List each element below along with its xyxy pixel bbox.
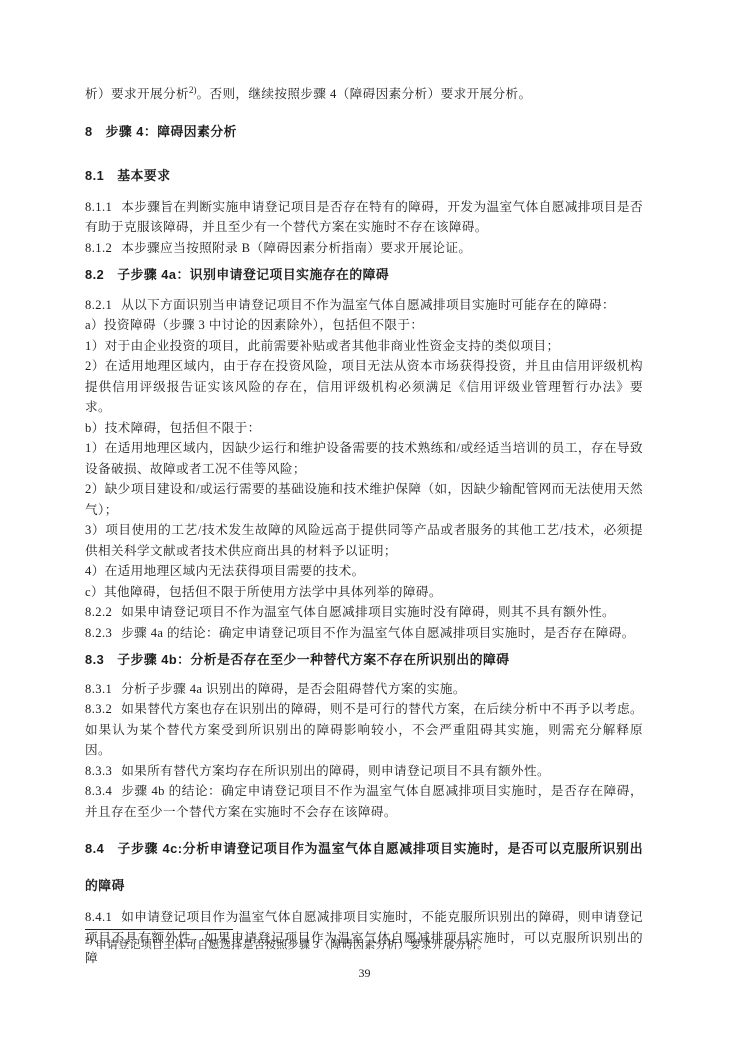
section-8-2-title: 子步骤 4a：识别申请登记项目实施存在的障碍 (117, 267, 389, 282)
footnote-area: 2) 申请登记项目主体可自愿选择是否按照步骤 3（障碍因素分析）要求开展分析。 (85, 929, 643, 953)
paragraph-continuation-from-previous-page: 析）要求开展分析2)。否则，继续按照步骤 4（障碍因素分析）要求开展分析。 (85, 84, 643, 105)
clause-8-2-1-number: 8.2.1 (85, 298, 112, 312)
clause-8-3-1-text: 分析子步骤 4a 识别出的障碍，是否会阻碍替代方案的实施。 (121, 682, 466, 696)
clause-8-2-3-text: 步骤 4a 的结论：确定申请登记项目不作为温室气体自愿减排项目实施时，是否存在障… (121, 626, 635, 640)
section-8-3-title: 子步骤 4b：分析是否存在至少一种替代方案不存在所识别出的障碍 (117, 652, 509, 667)
clause-8-3-3-number: 8.3.3 (85, 764, 112, 778)
section-8-1-number: 8.1 (85, 168, 104, 183)
section-8-title: 步骤 4：障碍因素分析 (106, 124, 237, 139)
section-8-3-number: 8.3 (85, 652, 104, 667)
section-8-4-heading: 8.4子步骤 4c:分析申请登记项目作为温室气体自愿减排项目实施时，是否可以克服… (85, 830, 643, 904)
clause-8-2-3: 8.2.3步骤 4a 的结论：确定申请登记项目不作为温室气体自愿减排项目实施时，… (85, 623, 643, 644)
clause-8-3-2-text: 如果替代方案也存在识别出的障碍，则不是可行的替代方案，在后续分析中不再予以考虑。… (85, 702, 643, 757)
footnote-divider-rule (85, 929, 233, 930)
clause-8-3-3-text: 如果所有替代方案均存在所识别出的障碍，则申请登记项目不具有额外性。 (121, 764, 550, 778)
clause-8-3-3: 8.3.3如果所有替代方案均存在所识别出的障碍，则申请登记项目不具有额外性。 (85, 761, 643, 782)
list-item-b: b）技术障碍，包括但不限于： (85, 418, 643, 439)
intro-text-after-ref: 。否则，继续按照步骤 4（障碍因素分析）要求开展分析。 (196, 87, 531, 101)
clause-8-1-1-text: 本步骤旨在判断实施申请登记项目是否存在特有的障碍，开发为温室气体自愿减排项目是否… (85, 200, 643, 235)
footnote-2-marker: 2) (85, 935, 93, 945)
section-8-4-number: 8.4 (85, 841, 104, 856)
clause-8-3-1: 8.3.1分析子步骤 4a 识别出的障碍，是否会阻碍替代方案的实施。 (85, 679, 643, 700)
footnote-2: 2) 申请登记项目主体可自愿选择是否按照步骤 3（障碍因素分析）要求开展分析。 (85, 937, 643, 953)
section-8-1-title: 基本要求 (117, 168, 170, 183)
list-item-c: c）其他障碍，包括但不限于所使用方法学中具体列举的障碍。 (85, 582, 643, 603)
clause-8-1-2-number: 8.1.2 (85, 241, 112, 255)
list-item-a-2: 2）在适用地理区域内，由于存在投资风险，项目无法从资本市场获得投资，并且由信用评… (85, 356, 643, 418)
clause-8-2-3-number: 8.2.3 (85, 626, 112, 640)
list-item-b-1: 1）在适用地理区域内，因缺少运行和维护设备需要的技术熟练和/或经适当培训的员工，… (85, 438, 643, 479)
clause-8-3-4-number: 8.3.4 (85, 784, 112, 798)
clause-8-1-2-text: 本步骤应当按照附录 B（障碍因素分析指南）要求开展论证。 (121, 241, 471, 255)
section-8-heading: 8步骤 4：障碍因素分析 (85, 122, 643, 143)
intro-text-before-ref: 析）要求开展分析 (85, 87, 189, 101)
section-8-number: 8 (85, 124, 93, 139)
list-item-b-3: 3）项目使用的工艺/技术发生故障的风险远高于提供同等产品或者服务的其他工艺/技术… (85, 520, 643, 561)
page-content: 析）要求开展分析2)。否则，继续按照步骤 4（障碍因素分析）要求开展分析。 8步… (85, 84, 643, 969)
clause-8-1-1-number: 8.1.1 (85, 200, 112, 214)
list-item-b-4: 4）在适用地理区域内无法获得项目需要的技术。 (85, 561, 643, 582)
section-8-3-heading: 8.3子步骤 4b：分析是否存在至少一种替代方案不存在所识别出的障碍 (85, 650, 643, 671)
list-item-b-2: 2）缺少项目建设和/或运行需要的基础设施和技术维护保障（如，因缺少输配管网而无法… (85, 479, 643, 520)
clause-8-2-2-text: 如果申请登记项目不作为温室气体自愿减排项目实施时没有障碍，则其不具有额外性。 (121, 605, 615, 619)
list-item-a-1: 1）对于由企业投资的项目，此前需要补贴或者其他非商业性资金支持的类似项目； (85, 336, 643, 357)
list-item-a: a）投资障碍（步骤 3 中讨论的因素除外），包括但不限于： (85, 315, 643, 336)
clause-8-3-4-text: 步骤 4b 的结论：确定申请登记项目不作为温室气体自愿减排项目实施时，是否存在障… (85, 784, 643, 819)
clause-8-2-2-number: 8.2.2 (85, 605, 112, 619)
section-8-2-number: 8.2 (85, 267, 104, 282)
section-8-2-heading: 8.2子步骤 4a：识别申请登记项目实施存在的障碍 (85, 265, 643, 286)
clause-8-3-4: 8.3.4步骤 4b 的结论：确定申请登记项目不作为温室气体自愿减排项目实施时，… (85, 781, 643, 822)
clause-8-1-2: 8.1.2本步骤应当按照附录 B（障碍因素分析指南）要求开展论证。 (85, 238, 643, 259)
section-8-1-heading: 8.1基本要求 (85, 166, 643, 187)
clause-8-2-2: 8.2.2如果申请登记项目不作为温室气体自愿减排项目实施时没有障碍，则其不具有额… (85, 602, 643, 623)
clause-8-1-1: 8.1.1本步骤旨在判断实施申请登记项目是否存在特有的障碍，开发为温室气体自愿减… (85, 197, 643, 238)
clause-8-3-1-number: 8.3.1 (85, 682, 112, 696)
footnote-2-text: 申请登记项目主体可自愿选择是否按照步骤 3（障碍因素分析）要求开展分析。 (96, 939, 489, 951)
page-number: 39 (0, 966, 729, 981)
document-page: 析）要求开展分析2)。否则，继续按照步骤 4（障碍因素分析）要求开展分析。 8步… (0, 0, 729, 1038)
section-8-4-title: 子步骤 4c:分析申请登记项目作为温室气体自愿减排项目实施时，是否可以克服所识别… (85, 841, 643, 893)
clause-8-2-1: 8.2.1从以下方面识别当申请登记项目不作为温室气体自愿减排项目实施时可能存在的… (85, 295, 643, 316)
clause-8-4-1-number: 8.4.1 (85, 910, 112, 924)
clause-8-3-2-number: 8.3.2 (85, 702, 112, 716)
clause-8-3-2: 8.3.2如果替代方案也存在识别出的障碍，则不是可行的替代方案，在后续分析中不再… (85, 699, 643, 761)
clause-8-2-1-text: 从以下方面识别当申请登记项目不作为温室气体自愿减排项目实施时可能存在的障碍： (121, 298, 615, 312)
